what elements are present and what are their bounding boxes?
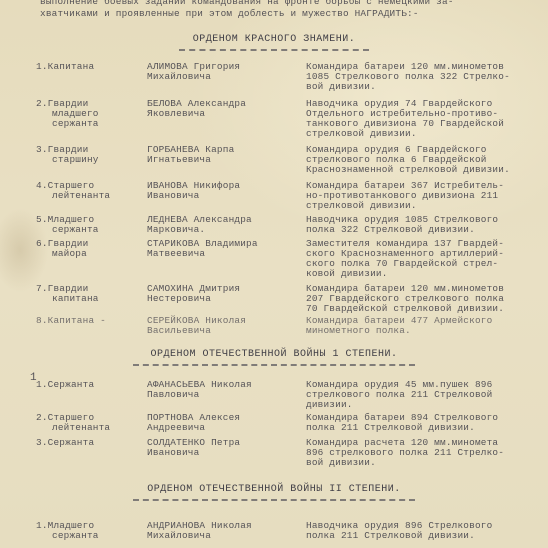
patronymic-line: Андреевича [147, 423, 297, 433]
rank-text: капитана [36, 294, 136, 304]
entry-number: 2. [36, 98, 48, 109]
entry-number: 3. [36, 144, 48, 155]
patronymic-line: Игнатьевича [147, 155, 297, 165]
recipient-name: БЕЛОВА Александра Яковлевича [147, 99, 297, 119]
patronymic-line: Марковича. [147, 225, 297, 235]
rank: 1.Сержанта [36, 380, 136, 390]
patronymic-line: Михайловича [147, 531, 297, 541]
recipient-name: АФАНАСЬЕВА Николая Павловича [147, 380, 297, 400]
recipient-name: СЕРЕЙКОВА Николая Васильевича [147, 316, 297, 336]
section-title-red-banner: ОРДЕНОМ КРАСНОГО ЗНАМЕНИ. [0, 34, 548, 53]
entry-number: 4. [36, 180, 48, 191]
patronymic-line: Ивановича [147, 448, 297, 458]
intro-line: выполнение боевых заданий командования н… [40, 0, 454, 7]
patronymic-line: Васильевича [147, 326, 297, 336]
rank-text: Сержанта [48, 437, 95, 448]
rank: 1.Капитана [36, 62, 136, 72]
position-description: Наводчика орудия 1085 Стрелкового полка … [306, 215, 546, 235]
rank-text: лейтенанта [36, 191, 136, 201]
section-title-patriotic-war-1: ОРДЕНОМ ОТЕЧЕСТВЕННОЙ ВОЙНЫ 1 СТЕПЕНИ. [0, 349, 548, 368]
patronymic-line: Нестеровича [147, 294, 297, 304]
intro-line: хватчиками и проявленные при этом доблес… [40, 9, 419, 19]
rank-text: майора [36, 249, 136, 259]
section-title-patriotic-war-2: ОРДЕНОМ ОТЕЧЕСТВЕННОЙ ВОЙНЫ II СТЕПЕНИ. [0, 484, 548, 503]
desc-line: вой дивизии. [306, 458, 546, 468]
patronymic-line: Матвеевича [147, 249, 297, 259]
rank-text: сержанта [36, 119, 136, 129]
section-title-text: ОРДЕНОМ ОТЕЧЕСТВЕННОЙ ВОЙНЫ 1 СТЕПЕНИ. [150, 349, 397, 360]
recipient-name: ЛЕДНЕВА Александра Марковича. [147, 215, 297, 235]
entry-number: 1. [36, 520, 48, 531]
desc-line: минометного полка. [306, 326, 546, 336]
patronymic-line: Павловича [147, 390, 297, 400]
desc-line: ковой дивизии. [306, 269, 546, 279]
desc-line: стрелковой дивизии. [306, 129, 546, 139]
desc-line: стрелковой дивизии. [306, 201, 546, 211]
position-description: Командира орудия 45 мм.пушек 896 стрелко… [306, 380, 546, 410]
position-description: Командира батареи 894 Стрелкового полка … [306, 413, 546, 433]
position-description: Командира батареи 120 мм.минометов 1085 … [306, 62, 546, 92]
rank: 1.Младшего сержанта [36, 521, 136, 541]
entry-number: 1. [36, 61, 48, 72]
desc-line: 70 Гвардейской стрелковой дивизии. [306, 304, 546, 314]
rank: 8.Капитана - [36, 316, 136, 326]
desc-line: полка 211 Стрелковой дивизии. [306, 423, 546, 433]
position-description: Командира расчета 120 мм.миномета 896 ст… [306, 438, 546, 468]
position-description: Командира батареи 367 Истребитель- но-пр… [306, 181, 546, 211]
entry-number: 7. [36, 283, 48, 294]
rank: 4.Старшего лейтенанта [36, 181, 136, 201]
rank-text: лейтенанта [36, 423, 136, 433]
rank-text: старшину [36, 155, 136, 165]
rank-text: сержанта [36, 225, 136, 235]
title-underline [179, 49, 369, 53]
title-underline [133, 364, 415, 368]
position-description: Командира батареи 477 Армейского миномет… [306, 316, 546, 336]
recipient-name: ИВАНОВА Никифора Ивановича [147, 181, 297, 201]
rank: 2.Гвардии младшего сержанта [36, 99, 136, 129]
recipient-name: ГОРБАНЕВА Карпа Игнатьевича [147, 145, 297, 165]
rank: 2.Старшего лейтенанта [36, 413, 136, 433]
recipient-name: САМОХИНА Дмитрия Нестеровича [147, 284, 297, 304]
rank-text: Капитана [48, 61, 95, 72]
rank: 3.Сержанта [36, 438, 136, 448]
rank: 7.Гвардии капитана [36, 284, 136, 304]
rank-text: сержанта [36, 531, 136, 541]
patronymic-line: Ивановича [147, 191, 297, 201]
section-title-text: ОРДЕНОМ ОТЕЧЕСТВЕННОЙ ВОЙНЫ II СТЕПЕНИ. [147, 484, 401, 495]
rank-text: Сержанта [48, 379, 95, 390]
recipient-name: АНДРИАНОВА Николая Михайловича [147, 521, 297, 541]
rank: 5.Младшего сержанта [36, 215, 136, 235]
entry-number: 8. [36, 315, 48, 326]
recipient-name: АЛИМОВА Григория Михайловича [147, 62, 297, 82]
desc-line: вой дивизии. [306, 82, 546, 92]
position-description: Заместителя командира 137 Гвардей- ского… [306, 239, 546, 279]
position-description: Наводчика орудия 896 Стрелкового полка 2… [306, 521, 546, 541]
position-description: Наводчика орудия 74 Гвардейского Отдельн… [306, 99, 546, 139]
entry-number: 2. [36, 412, 48, 423]
entry-number: 6. [36, 238, 48, 249]
section-title-text: ОРДЕНОМ КРАСНОГО ЗНАМЕНИ. [193, 34, 356, 45]
title-underline [133, 499, 415, 503]
rank: 3.Гвардии старшину [36, 145, 136, 165]
position-description: Командира батареи 120 мм.минометов 207 Г… [306, 284, 546, 314]
rank: 6.Гвардии майора [36, 239, 136, 259]
desc-line: полка 211 Стрелковой дивизии. [306, 531, 546, 541]
recipient-name: СОЛДАТЕНКО Петра Ивановича [147, 438, 297, 458]
entry-number: 5. [36, 214, 48, 225]
entry-number: 1. [36, 379, 48, 390]
rank-text: Капитана - [48, 315, 106, 326]
position-description: Командира орудия 6 Гвардейского стрелков… [306, 145, 546, 175]
patronymic-line: Яковлевича [147, 109, 297, 119]
recipient-name: ПОРТНОВА Алексея Андреевича [147, 413, 297, 433]
desc-line: дивизии. [306, 400, 546, 410]
desc-line: Краснознаменной стрелковой дивизии. [306, 165, 546, 175]
patronymic-line: Михайловича [147, 72, 297, 82]
entry-number: 3. [36, 437, 48, 448]
desc-line: полка 322 Стрелковой дивизии. [306, 225, 546, 235]
recipient-name: СТАРИКОВА Владимира Матвеевича [147, 239, 297, 259]
